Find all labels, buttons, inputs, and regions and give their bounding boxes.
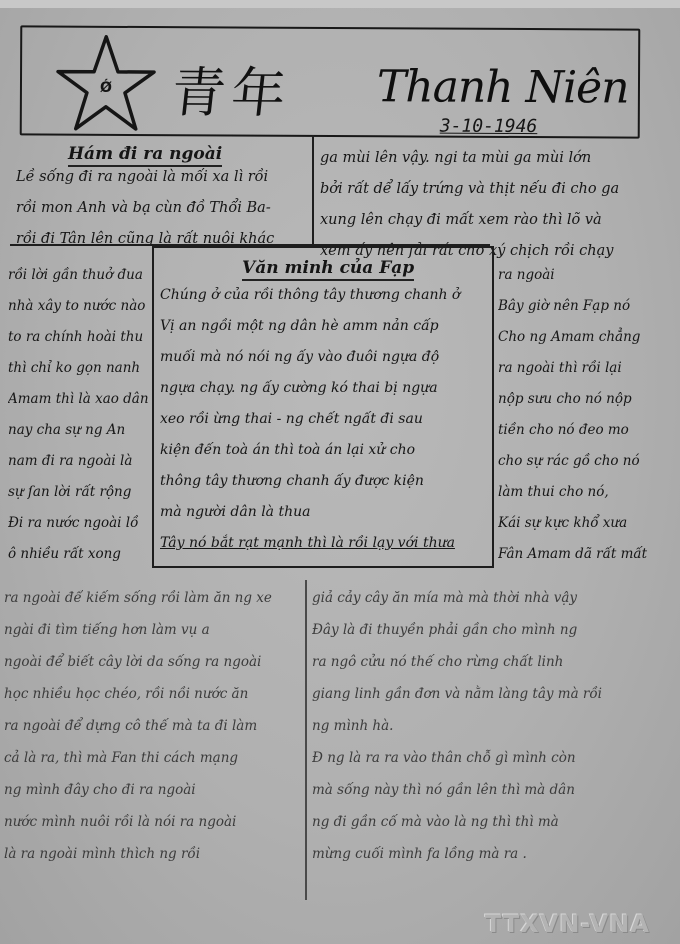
hanzi-title: 青年: [168, 50, 296, 128]
text-line: Cho ng Amam chẳng: [498, 322, 676, 353]
text-line: xung lên chạy đi mất xem rào thì lõ và: [320, 205, 670, 236]
scan-edge: [0, 0, 680, 8]
text-line: nước mình nuôi rồi là nói ra ngoài: [4, 806, 300, 838]
star-center-mark: Ǿ: [100, 78, 112, 96]
masthead-title: Thanh Niên: [377, 61, 629, 113]
text-line: ga mùi lên vậy. ngi ta mùi ga mùi lớn: [320, 143, 670, 174]
article-left-side-text: rồi lời gần thuở đua nhà xây to nước nào…: [8, 260, 150, 570]
text-line: Đ ng là ra ra vào thân chỗ gì mình còn: [312, 742, 676, 774]
text-line: giang linh gần đơn và nằm làng tây mà rồ…: [312, 678, 676, 710]
text-line: mà sống này thì nó gần lên thì mà dân: [312, 774, 676, 806]
text-line: Bây giờ nên Fạp nó: [498, 291, 676, 322]
text-line: ra ngoài để dựng cô thế mà ta đi làm: [4, 710, 300, 742]
text-line: xeo rồi ừng thai - ng chết ngất đi sau: [160, 404, 486, 435]
lower-right-text: giả cảy cây ăn mía mà mà thời nhà vậy Đâ…: [312, 582, 676, 870]
newspaper-page: Ǿ 青年 Thanh Niên 3-10-1946 Hám đi ra ngoà…: [0, 0, 680, 944]
text-line: ra ngoài: [498, 260, 676, 291]
text-line: Vị an ngồi một ng dân hè amm nản cấp: [160, 311, 486, 342]
boxed-article-frame: Văn minh của Fạp Chúng ở của rồi thông t…: [152, 246, 494, 568]
text-line: nay cha sự ng An: [8, 415, 150, 446]
text-line: ng mình đây cho đi ra ngoài: [4, 774, 300, 806]
text-line: nam đi ra ngoài là: [8, 446, 150, 477]
text-line: muối mà nó nói ng ấy vào đuôi ngựa độ: [160, 342, 486, 373]
text-line: Kái sự kực khổ xưa: [498, 508, 676, 539]
column-divider-bottom: [305, 580, 307, 900]
text-line: giả cảy cây ăn mía mà mà thời nhà vậy: [312, 582, 676, 614]
text-line: ng mình hà.: [312, 710, 676, 742]
text-line: ngài đi tìm tiếng hơn làm vụ a: [4, 614, 300, 646]
issue-date: 3-10-1946: [440, 116, 538, 138]
text-line: kiện đến toà án thì toà án lại xử cho: [160, 435, 486, 466]
text-line: mừng cuối mình fa lồng mà ra .: [312, 838, 676, 870]
text-line: ngựa chạy. ng ấy cường kó thai bị ngựa: [160, 373, 486, 404]
text-line: nhà xây to nước nào: [8, 291, 150, 322]
text-line: học nhiều học chéo, rồi nồi nước ăn: [4, 678, 300, 710]
text-line: tiền cho nó đeo mo: [498, 415, 676, 446]
text-line: Tây nó bắt rạt mạnh thì là rồi lạy với t…: [160, 528, 486, 559]
text-line: làm thui cho nó,: [498, 477, 676, 508]
text-line: mà người dân là thua: [160, 497, 486, 528]
text-line: cả là ra, thì mà Fan thi cách mạng: [4, 742, 300, 774]
text-line: bởi rất dể lấy trứng và thịt nếu đi cho …: [320, 174, 670, 205]
text-line: Đi ra nước ngoài lồ: [8, 508, 150, 539]
text-line: ô nhiều rất xong: [8, 539, 150, 570]
star-icon: Ǿ: [56, 34, 157, 135]
article-right-side-text: ra ngoài Bây giờ nên Fạp nó Cho ng Amam …: [498, 260, 676, 570]
text-line: là ra ngoài mình thìch ng rồi: [4, 838, 300, 870]
text-line: thì chỉ ko gọn nanh: [8, 353, 150, 384]
text-line: Chúng ở của rồi thông tây thương chanh ở: [160, 280, 486, 311]
text-line: cho sự rác gồ cho nó: [498, 446, 676, 477]
boxed-article-text: Chúng ở của rồi thông tây thương chanh ở…: [160, 280, 486, 559]
article-left-top-text: Lề sống đi ra ngoài là mối xa lì rồi rồi…: [16, 162, 308, 255]
text-line: Lề sống đi ra ngoài là mối xa lì rồi: [16, 162, 308, 193]
text-line: ra ngô cửu nó thế cho rừng chất linh: [312, 646, 676, 678]
article-heading-boxed: Văn minh của Fạp: [242, 258, 414, 281]
text-line: rồi mon Anh và bạ cùn đồ Thổi Ba-: [16, 193, 308, 224]
text-line: rồi lời gần thuở đua: [8, 260, 150, 291]
masthead-frame: Ǿ 青年 Thanh Niên 3-10-1946: [20, 25, 641, 138]
text-line: Fân Amam dã rất mất: [498, 539, 676, 570]
text-line: sự ſan lời rất rộng: [8, 477, 150, 508]
agency-watermark: TTXVN-VNA: [485, 910, 650, 938]
text-line: nộp sưu cho nó nộp: [498, 384, 676, 415]
lower-left-text: ra ngoài để kiếm sống rồi làm ăn ng xe n…: [4, 582, 300, 870]
text-line: ng đi gần cố mà vào là ng thì thì mà: [312, 806, 676, 838]
column-divider-top: [312, 135, 314, 247]
text-line: to ra chính hoài thu: [8, 322, 150, 353]
text-line: ngoài để biết cây lời da sống ra ngoài: [4, 646, 300, 678]
text-line: Đây là đi thuyền phải gần cho mình ng: [312, 614, 676, 646]
text-line: thông tây thương chanh ấy được kiện: [160, 466, 486, 497]
text-line: Amam thì là xao dân: [8, 384, 150, 415]
text-line: ra ngoài thì rồi lại: [498, 353, 676, 384]
text-line: ra ngoài để kiếm sống rồi làm ăn ng xe: [4, 582, 300, 614]
